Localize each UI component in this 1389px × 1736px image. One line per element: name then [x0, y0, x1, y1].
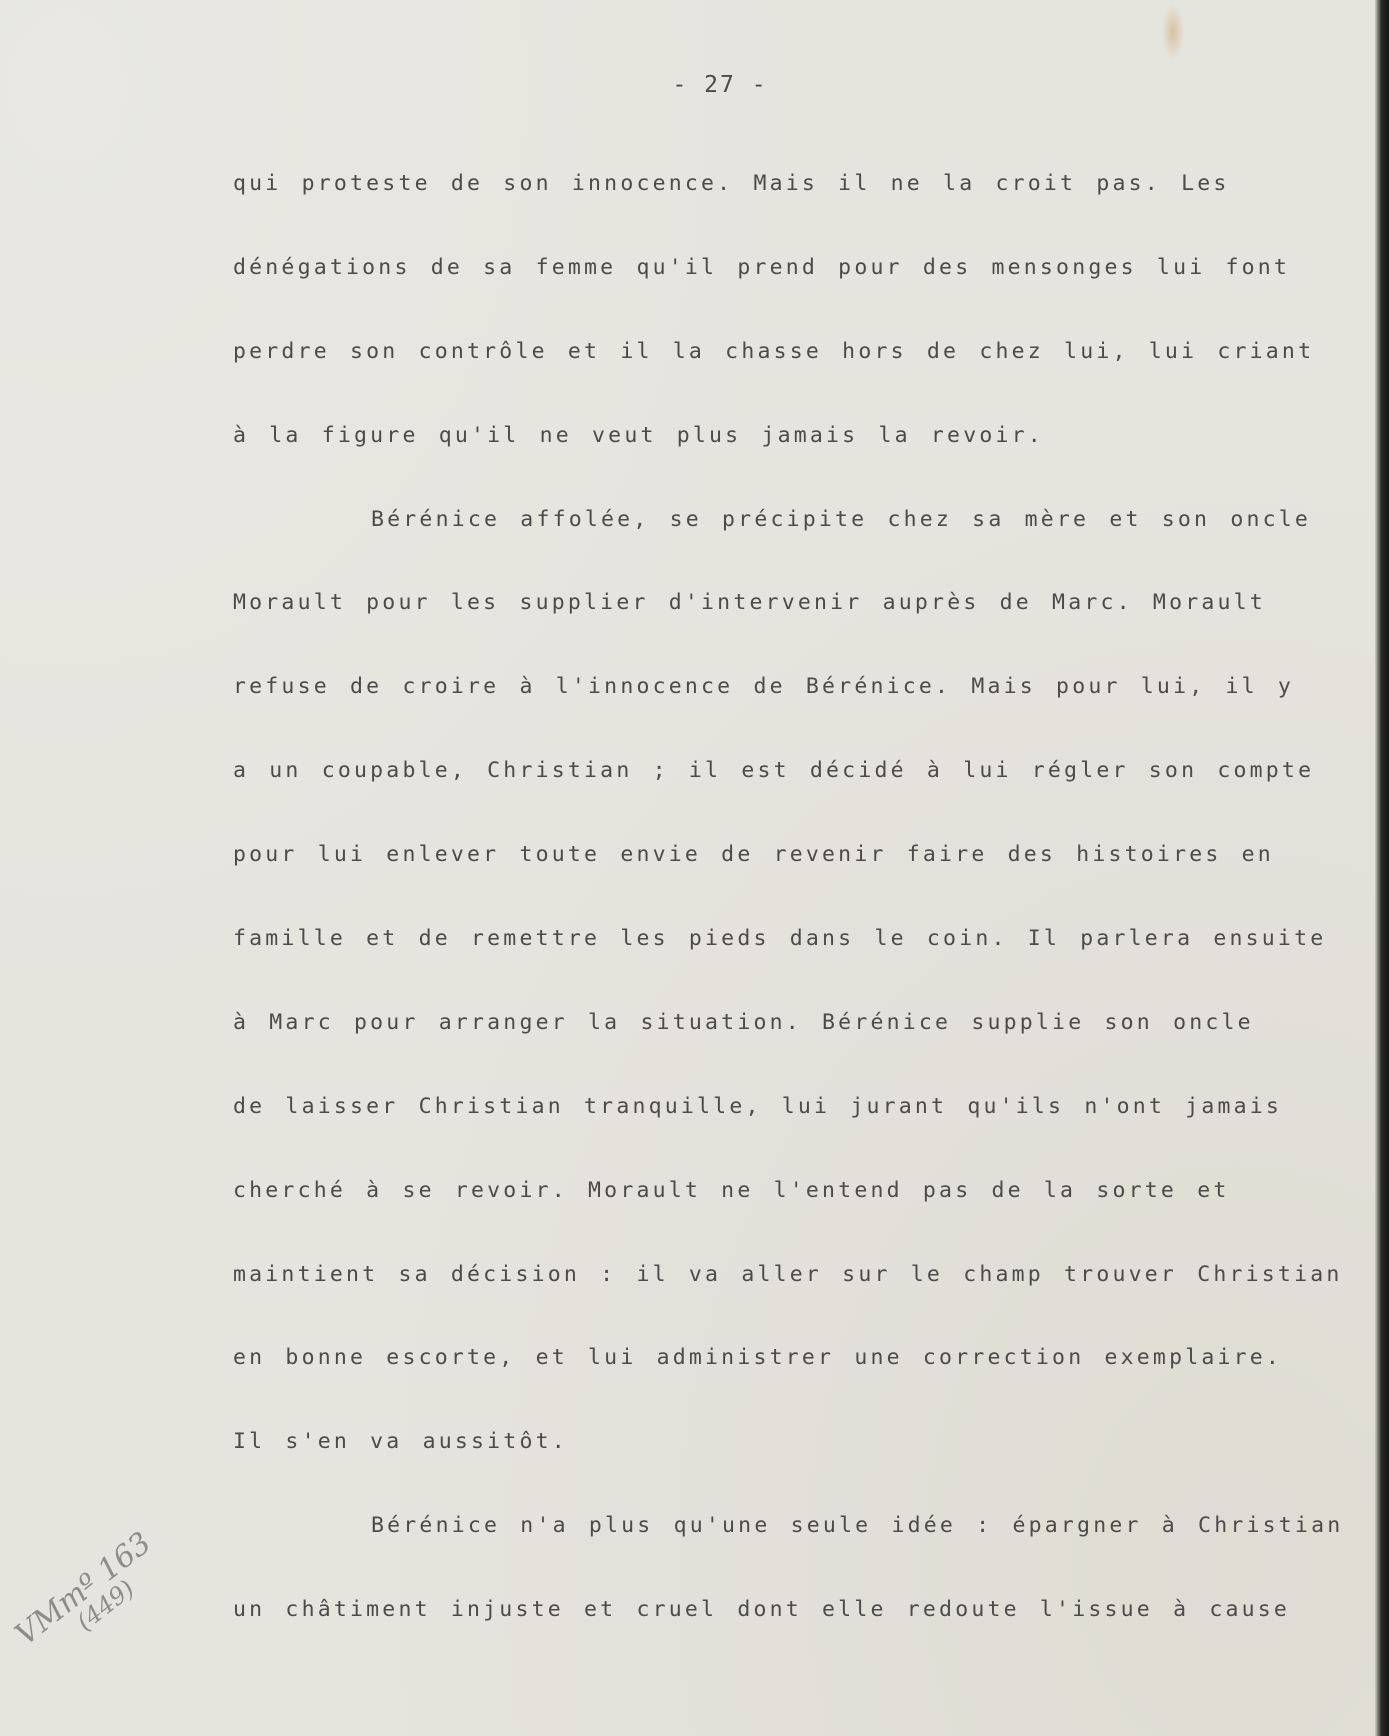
handwritten-pencil-annotation: VMmº 163 (449): [12, 1529, 171, 1670]
text-line: un châtiment injuste et cruel dont elle …: [233, 1590, 1383, 1674]
scan-edge-border: [1375, 0, 1389, 1736]
text-line: en bonne escorte, et lui administrer une…: [233, 1338, 1383, 1422]
text-line: de laisser Christian tranquille, lui jur…: [233, 1087, 1383, 1171]
text-line: a un coupable, Christian ; il est décidé…: [233, 751, 1383, 835]
typed-body-text: qui proteste de son innocence. Mais il n…: [233, 164, 1383, 1674]
page-number: - 27 -: [0, 72, 1389, 98]
text-line: famille et de remettre les pieds dans le…: [233, 919, 1383, 1003]
paragraph-start-line: Bérénice affolée, se précipite chez sa m…: [233, 500, 1383, 584]
text-line: dénégations de sa femme qu'il prend pour…: [233, 248, 1383, 332]
text-line: perdre son contrôle et il la chasse hors…: [233, 332, 1383, 416]
text-line: à la figure qu'il ne veut plus jamais la…: [233, 416, 1383, 500]
text-line: refuse de croire à l'innocence de Béréni…: [233, 667, 1383, 751]
text-line: Morault pour les supplier d'intervenir a…: [233, 583, 1383, 667]
text-line: cherché à se revoir. Morault ne l'entend…: [233, 1171, 1383, 1255]
text-line: Il s'en va aussitôt.: [233, 1422, 1383, 1506]
text-line: qui proteste de son innocence. Mais il n…: [233, 164, 1383, 248]
paragraph-start-line: Bérénice n'a plus qu'une seule idée : ép…: [233, 1506, 1383, 1590]
text-line: à Marc pour arranger la situation. Bérén…: [233, 1003, 1383, 1087]
text-line: pour lui enlever toute envie de revenir …: [233, 835, 1383, 919]
paper-stain: [1162, 4, 1184, 60]
document-page: - 27 - qui proteste de son innocence. Ma…: [0, 0, 1375, 1736]
text-line: maintient sa décision : il va aller sur …: [233, 1255, 1383, 1339]
